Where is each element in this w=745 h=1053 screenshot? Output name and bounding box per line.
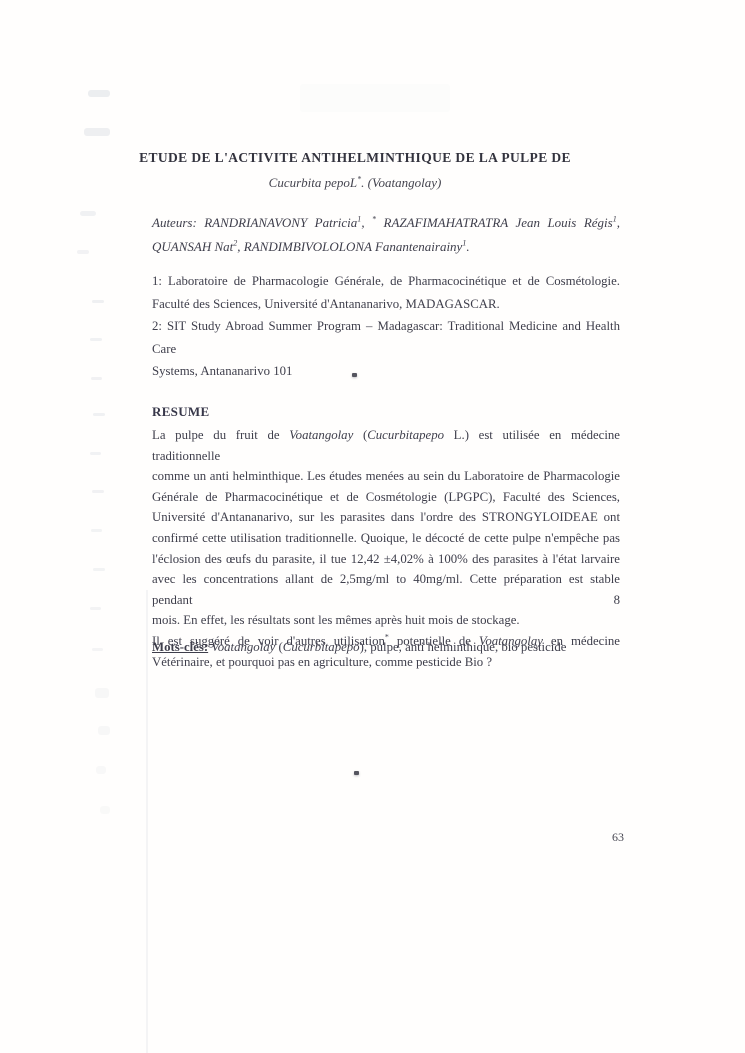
text-line: QUANSAH Nat2, RANDIMBIVOLOLONA Fanantena… [152,235,620,259]
resume-heading: RESUME [152,404,209,420]
scan-artifact [88,90,110,97]
text-line: confirmé cette utilisation traditionnell… [152,528,620,549]
scan-artifact [92,648,103,651]
text-run: Voatangolay [211,640,275,654]
text-run: , RANDIMBIVOLOLONA Fanantenairainy [237,239,462,254]
scan-artifact [92,490,104,493]
scan-artifact [91,377,102,380]
paper-subtitle: Cucurbita pepoL*. (Voatangolay) [0,175,710,191]
scan-artifact [90,338,102,341]
resume-body: La pulpe du fruit de Voatangolay (Cucurb… [152,425,620,672]
scan-artifact [300,84,450,112]
text-run: , [617,215,620,230]
text-run: La pulpe du fruit de [152,428,289,442]
text-run: avec les concentrations allant de 2,5mg/… [152,572,620,607]
text-line: Auteurs: RANDRIANAVONY Patricia1, * RAZA… [152,211,620,235]
text-run: mois. En effet, les résultats sont les m… [152,613,520,627]
text-run: QUANSAH Nat [152,239,233,254]
keywords-line: Mots-clés: Voatangolay (Cucurbitapepo), … [152,640,620,655]
scan-artifact [98,726,110,735]
authors-block: Auteurs: RANDRIANAVONY Patricia1, * RAZA… [152,211,620,259]
text-run: Cucurbita pepo [269,175,350,190]
scan-artifact [80,211,96,216]
text-line: Systems, Antananarivo 101 [152,360,620,383]
scan-artifact [93,413,105,416]
scan-artifact [84,128,110,136]
text-line: Générale de Pharmacocinétique et de Cosm… [152,487,620,508]
text-run: Mots-clés: [152,640,208,654]
text-line: mois. En effet, les résultats sont les m… [152,610,620,631]
text-run: Cucurbitapepo [283,640,360,654]
text-run: comme un anti helminthique. Les études m… [152,469,620,483]
text-run: Générale de Pharmacocinétique et de Cosm… [152,490,620,504]
ink-mark [352,373,357,377]
scan-artifact [90,452,101,455]
text-run: confirmé cette utilisation traditionnell… [152,531,620,545]
text-run: Systems, Antananarivo 101 [152,364,292,378]
scan-artifact [93,568,105,571]
text-run: 1: Laboratoire de Pharmacologie Générale… [152,274,620,288]
text-run: . [466,239,469,254]
scanned-page: ETUDE DE L'ACTIVITE ANTIHELMINTHIQUE DE … [0,0,745,1053]
text-line: l'éclosion des œufs du parasite, il tue … [152,549,620,570]
page-number: 63 [612,830,624,845]
text-run: Voatangolay [289,428,353,442]
text-line: Faculté des Sciences, Université d'Antan… [152,293,620,316]
text-run: Faculté des Sciences, Université d'Antan… [152,297,500,311]
affiliations-block: 1: Laboratoire de Pharmacologie Générale… [152,270,620,383]
text-run: Vétérinaire, et pourquoi pas en agricult… [152,655,492,669]
text-run: ), pulpe, anti helminthique, bio pestici… [360,640,567,654]
text-run: Auteurs: RANDRIANAVONY Patricia [152,215,357,230]
text-line: 2: SIT Study Abroad Summer Program – Mad… [152,315,620,360]
text-run: ( [275,640,282,654]
text-line: comme un anti helminthique. Les études m… [152,466,620,487]
text-line: avec les concentrations allant de 2,5mg/… [152,569,620,610]
text-line: 1: Laboratoire de Pharmacologie Générale… [152,270,620,293]
text-run: ( [353,428,367,442]
text-run: Cucurbitapepo [367,428,444,442]
scan-artifact [95,688,109,698]
scan-artifact [100,806,110,814]
scan-artifact [92,300,104,303]
text-line: Université d'Antananarivo, sur les paras… [152,507,620,528]
text-run: Université d'Antananarivo, sur les paras… [152,510,620,524]
text-run: , [361,215,372,230]
scan-artifact [96,766,106,774]
ink-mark [354,771,359,775]
paper-title: ETUDE DE L'ACTIVITE ANTIHELMINTHIQUE DE … [0,150,710,166]
text-run: 2: SIT Study Abroad Summer Program – Mad… [152,319,620,356]
text-run: l'éclosion des œufs du parasite, il tue … [152,552,620,566]
scan-artifact [77,250,89,254]
scan-edge-shadow [146,590,148,1053]
scan-artifact [91,529,102,532]
text-run: RAZAFIMAHATRATRA Jean Louis Régis [376,215,613,230]
text-line: La pulpe du fruit de Voatangolay (Cucurb… [152,425,620,466]
text-run: . (Voatangolay) [361,175,441,190]
scan-artifact [90,607,101,610]
